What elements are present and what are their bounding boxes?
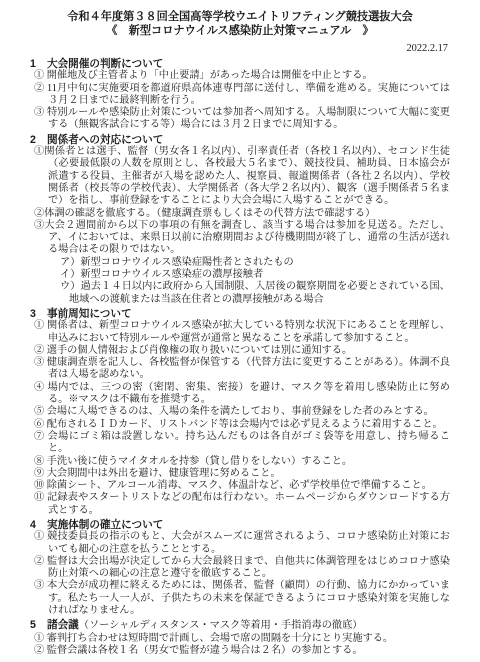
list-item: ③ 本大会が成功裡に終えるためには、関係者、監督（顧問）の行動、協力にかかってい… [34, 580, 450, 617]
list-subitem: イ）新型コロナウイルス感染症の濃厚接触者 [60, 269, 450, 281]
list-item: ③ 特別ルールや感染防止対策については参加者へ周知する。入場制限について大幅に変… [34, 107, 450, 132]
list-item: ③ 健康調査票を記入し、各校監督が保管する（代替方法に変更することがある）。体調… [34, 357, 450, 382]
list-item: ②体調の確認を徹底する。（健康調査票もしくはその代替方法で確認する） [34, 208, 450, 220]
list-item: ⑥ 配布されるＩＤカード、リストバンド等は会場内では必ず見えるように着用すること… [34, 419, 450, 431]
list-item: ⑨ 大会期間中は外出を避け、健康管理に努めること。 [34, 468, 450, 480]
list-item: ⑪ 記録表やスタートリストなどの配布は行わない。ホームページからダウンロードする… [34, 492, 450, 517]
section-3: 3事前周知について ① 関係者は、新型コロナウイルス感染が拡大している特別な状況… [30, 308, 450, 517]
list-item: ⑤ 会場に入場できるのは、入場の条件を満たしており、事前登録をした者のみとする。 [34, 406, 450, 418]
section-note: （ソーシャルディスタンス・マスク等着用・手指消毒の徹底） [79, 620, 363, 631]
section-number: 4 [30, 519, 47, 531]
list-item: ① 開催地及び主管者より「中止要請」があった場合は開催を中止とする。 [34, 70, 450, 82]
list-item: ① 審判打ち合わせは短時間で計画し、会場で席の間隔を十分にとり実施する。 [34, 633, 450, 645]
list-item: ① 関係者は、新型コロナウイルス感染が拡大している特別な状況下にあることを理解し… [34, 320, 450, 345]
list-item: ② 選手の個人情報および肖像権の取り扱いについては別に通知する。 [34, 345, 450, 357]
section-number: 1 [30, 58, 47, 70]
document-date: 2022.2.17 [30, 41, 450, 56]
document-subtitle: 《 新型コロナウイルス感染防止対策マニュアル 》 [30, 24, 450, 38]
list-item: ③大会２週間前から以下の事項の有無を調査し、該当する場合は参加を見送る。ただし、… [34, 220, 450, 257]
list-item: ⑧ 手洗い後に使うマイタオルを持参（貸し借りをしない）すること。 [34, 456, 450, 468]
section-1-heading: 1大会開催の判断について [30, 58, 450, 70]
section-2-heading: 2関係者への対応について [30, 134, 450, 146]
section-5: 5諸会議（ソーシャルディスタンス・マスク等着用・手指消毒の徹底） ① 審判打ち合… [30, 619, 450, 657]
list-item: ② 監督会議は各校１名（男女で監督が違う場合は２名）の参加とする。 [34, 645, 450, 657]
section-number: 5 [30, 619, 47, 631]
section-title: 実施体制の確立について [47, 519, 163, 531]
list-item: ① 競技委員長の指示のもと、大会がスムーズに運営されるよう、コロナ感染防止対策に… [34, 531, 450, 556]
manual-document: 令和４年度第３８回全国高等学校ウエイトリフティング競技選抜大会 《 新型コロナウ… [0, 0, 480, 662]
section-title: 関係者への対応について [47, 134, 163, 146]
list-item: ④ 場内では、三つの密（密閉、密集、密接）を避け、マスク等を着用し感染防止に努め… [34, 382, 450, 407]
list-subitem: ア）新型コロナウイルス感染症陽性者とされたもの [60, 257, 450, 269]
section-3-heading: 3事前周知について [30, 308, 450, 320]
section-number: 3 [30, 308, 47, 320]
section-number: 2 [30, 134, 47, 146]
list-item: ⑩ 除菌シート、アルコール消毒、マスク、体温計など、必ず学校単位で準備すること。 [34, 480, 450, 492]
section-4: 4実施体制の確立について ① 競技委員長の指示のもと、大会がスムーズに運営される… [30, 519, 450, 617]
document-title: 令和４年度第３８回全国高等学校ウエイトリフティング競技選抜大会 [30, 10, 450, 24]
section-title: 諸会議 [47, 619, 79, 631]
list-item: ② 11月中旬に実施要項を都道府県高体連専門部に送付し、準備を進める。実施につい… [34, 83, 450, 108]
list-item: ①関係者とは選手、監督（男女各１名以内）、引率責任者（各校１名以内）、セコンド生… [34, 146, 450, 207]
section-1: 1大会開催の判断について ① 開催地及び主管者より「中止要請」があった場合は開催… [30, 58, 450, 132]
list-subitem: ウ）過去１４日以内に政府から入国制限、入居後の観察期間を必要とされている国、地域… [60, 281, 450, 306]
list-item: ② 監督は大会出場が決定してから大会最終日まで、自他共に体調管理をはじめコロナ感… [34, 556, 450, 581]
section-title: 事前周知について [47, 308, 132, 320]
section-5-heading: 5諸会議（ソーシャルディスタンス・マスク等着用・手指消毒の徹底） [30, 619, 450, 632]
list-item: ⑦ 会場にゴミ箱は設置しない。持ち込んだものは各自がゴミ袋等を用意し、持ち帰るこ… [34, 431, 450, 456]
section-2: 2関係者への対応について ①関係者とは選手、監督（男女各１名以内）、引率責任者（… [30, 134, 450, 306]
section-title: 大会開催の判断について [47, 58, 163, 70]
section-4-heading: 4実施体制の確立について [30, 519, 450, 531]
